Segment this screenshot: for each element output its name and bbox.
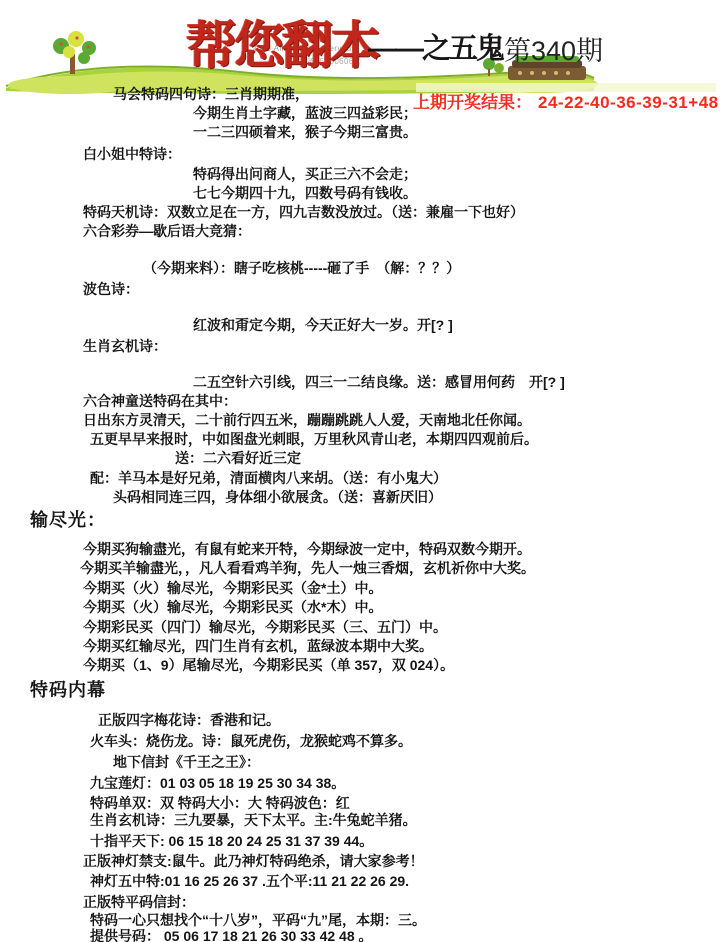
text-line: 日出东方灵清天，二十前行四五米，蹦蹦跳跳人人爱，天南地北任你闻。 xyxy=(83,412,531,428)
text-line: 今期买（1、9）尾输尽光，今期彩民买（单 357，双 024）。 xyxy=(83,657,454,673)
text-line: 火车头：烧伤龙。诗：鼠死虎伤，龙猴蛇鸡不算多。 xyxy=(90,733,412,749)
section-heading: 输尽光： xyxy=(30,512,106,528)
page-subtitle: ——之五鬼 xyxy=(368,26,503,67)
tree-icon xyxy=(53,31,96,74)
page-title: 帮您翻本 xyxy=(186,4,378,78)
text-line: 一二三四硕着来，猴子今期三富贵。 xyxy=(193,124,417,140)
text-line: 生肖玄机诗： xyxy=(83,338,167,354)
text-line: （今期来料）：瞎子吃核桃-----砸了手 （解：？？） xyxy=(143,260,460,276)
text-line: 今期买红输尽光，四门生肖有玄机，蓝绿波本期中大奖。 xyxy=(83,638,433,654)
text-line: 特码得出问商人，买正三六不会走； xyxy=(193,166,417,182)
text-line: 地下信封《千王之王》： xyxy=(113,754,260,770)
text-line: 今期买羊输盡光，，凡人看看鸡羊狗，先人一烛三香烟，玄机祈你中大奖。 xyxy=(80,560,535,576)
section-heading: 特码内幕 xyxy=(30,682,106,698)
text-line: 六合彩券—歇后语大竞猜： xyxy=(83,223,251,239)
text-line: 二五空针六引线，四三一二结良缘。送：感冒用何药 开[? ] xyxy=(193,374,565,390)
text-line: 今期彩民买（四门）输尽光，今期彩民买（三、五门）中。 xyxy=(83,619,447,635)
text-line: 九宝莲灯：01 03 05 18 19 25 30 34 38。 xyxy=(90,775,345,791)
text-line: 提供号码： 05 06 17 18 21 26 30 33 42 48 。 xyxy=(90,928,373,942)
text-line: 七七今期四十九，四数号码有钱收。 xyxy=(193,185,417,201)
text-line: 今期买（火）输尽光，今期彩民买（水*木）中。 xyxy=(83,599,382,615)
text-line: 波色诗： xyxy=(83,281,139,297)
text-line: 送：二六看好近三定 xyxy=(175,450,301,466)
issue-number: 第340期 xyxy=(504,29,603,68)
text-line: 生肖玄机诗：三九要暴，天下太平。主:牛兔蛇羊猪。 xyxy=(90,812,417,828)
text-line: 特码一心只想找个“十八岁”，平码“九”尾，本期：三。 xyxy=(90,912,426,928)
text-line: 配：羊马本是好兄弟，清面横肉八来胡。（送：有小鬼大） xyxy=(90,470,447,486)
text-line: 特码天机诗：双数立足在一方，四九吉数没放过。（送：兼雇一下也好） xyxy=(83,204,524,220)
text-line: 今期生肖土字藏，蓝波三四益彩民； xyxy=(193,105,417,121)
text-line: 六合神童送特码在其中： xyxy=(83,393,237,409)
text-line: 今期买（火）输尽光，今期彩民买（金*土）中。 xyxy=(83,580,382,596)
text-line: 特码单双：双 特码大小：大 特码波色：红 xyxy=(90,795,350,811)
text-line: 十指平天下: 06 15 18 20 24 25 31 37 39 44。 xyxy=(90,833,373,849)
text-line: 正版四字梅花诗：香港和记。 xyxy=(98,712,280,728)
text-line: 正版神灯禁支:鼠牛。此乃神灯特码绝杀，请大家参考！ xyxy=(83,853,424,869)
text-line: 正版特平码信封： xyxy=(83,894,195,910)
text-line: 神灯五中特:01 16 25 26 37 .五个平:11 21 22 26 29… xyxy=(90,873,409,889)
text-line: 白小姐中特诗： xyxy=(83,146,181,162)
text-line: 头码相同连三四，身体细小欲展贪。（送：喜新厌旧） xyxy=(113,489,442,505)
text-line: 红波和甭定今期，今天正好大一岁。开[? ] xyxy=(193,317,453,333)
last-draw-result-numbers: 24-22-40-36-39-31+48 xyxy=(538,93,719,112)
text-line: 马会特码四句诗：三肖期期准， xyxy=(113,86,309,102)
text-line: 今期买狗输盡光，有鼠有蛇来开特，今期绿波一定中，特码双数今期开。 xyxy=(83,541,531,557)
text-line: 五更早早来报时，中如图盘光刺眼，万里秋风青山老，本期四四观前后。 xyxy=(90,431,538,447)
last-draw-result: 上期开奖结果：24-22-40-36-39-31+48 xyxy=(413,88,719,113)
tip-sheet-page: 2005 All Rights Reserved. ICP备05000606号 … xyxy=(0,0,720,942)
last-draw-result-label: 上期开奖结果： xyxy=(413,93,532,112)
